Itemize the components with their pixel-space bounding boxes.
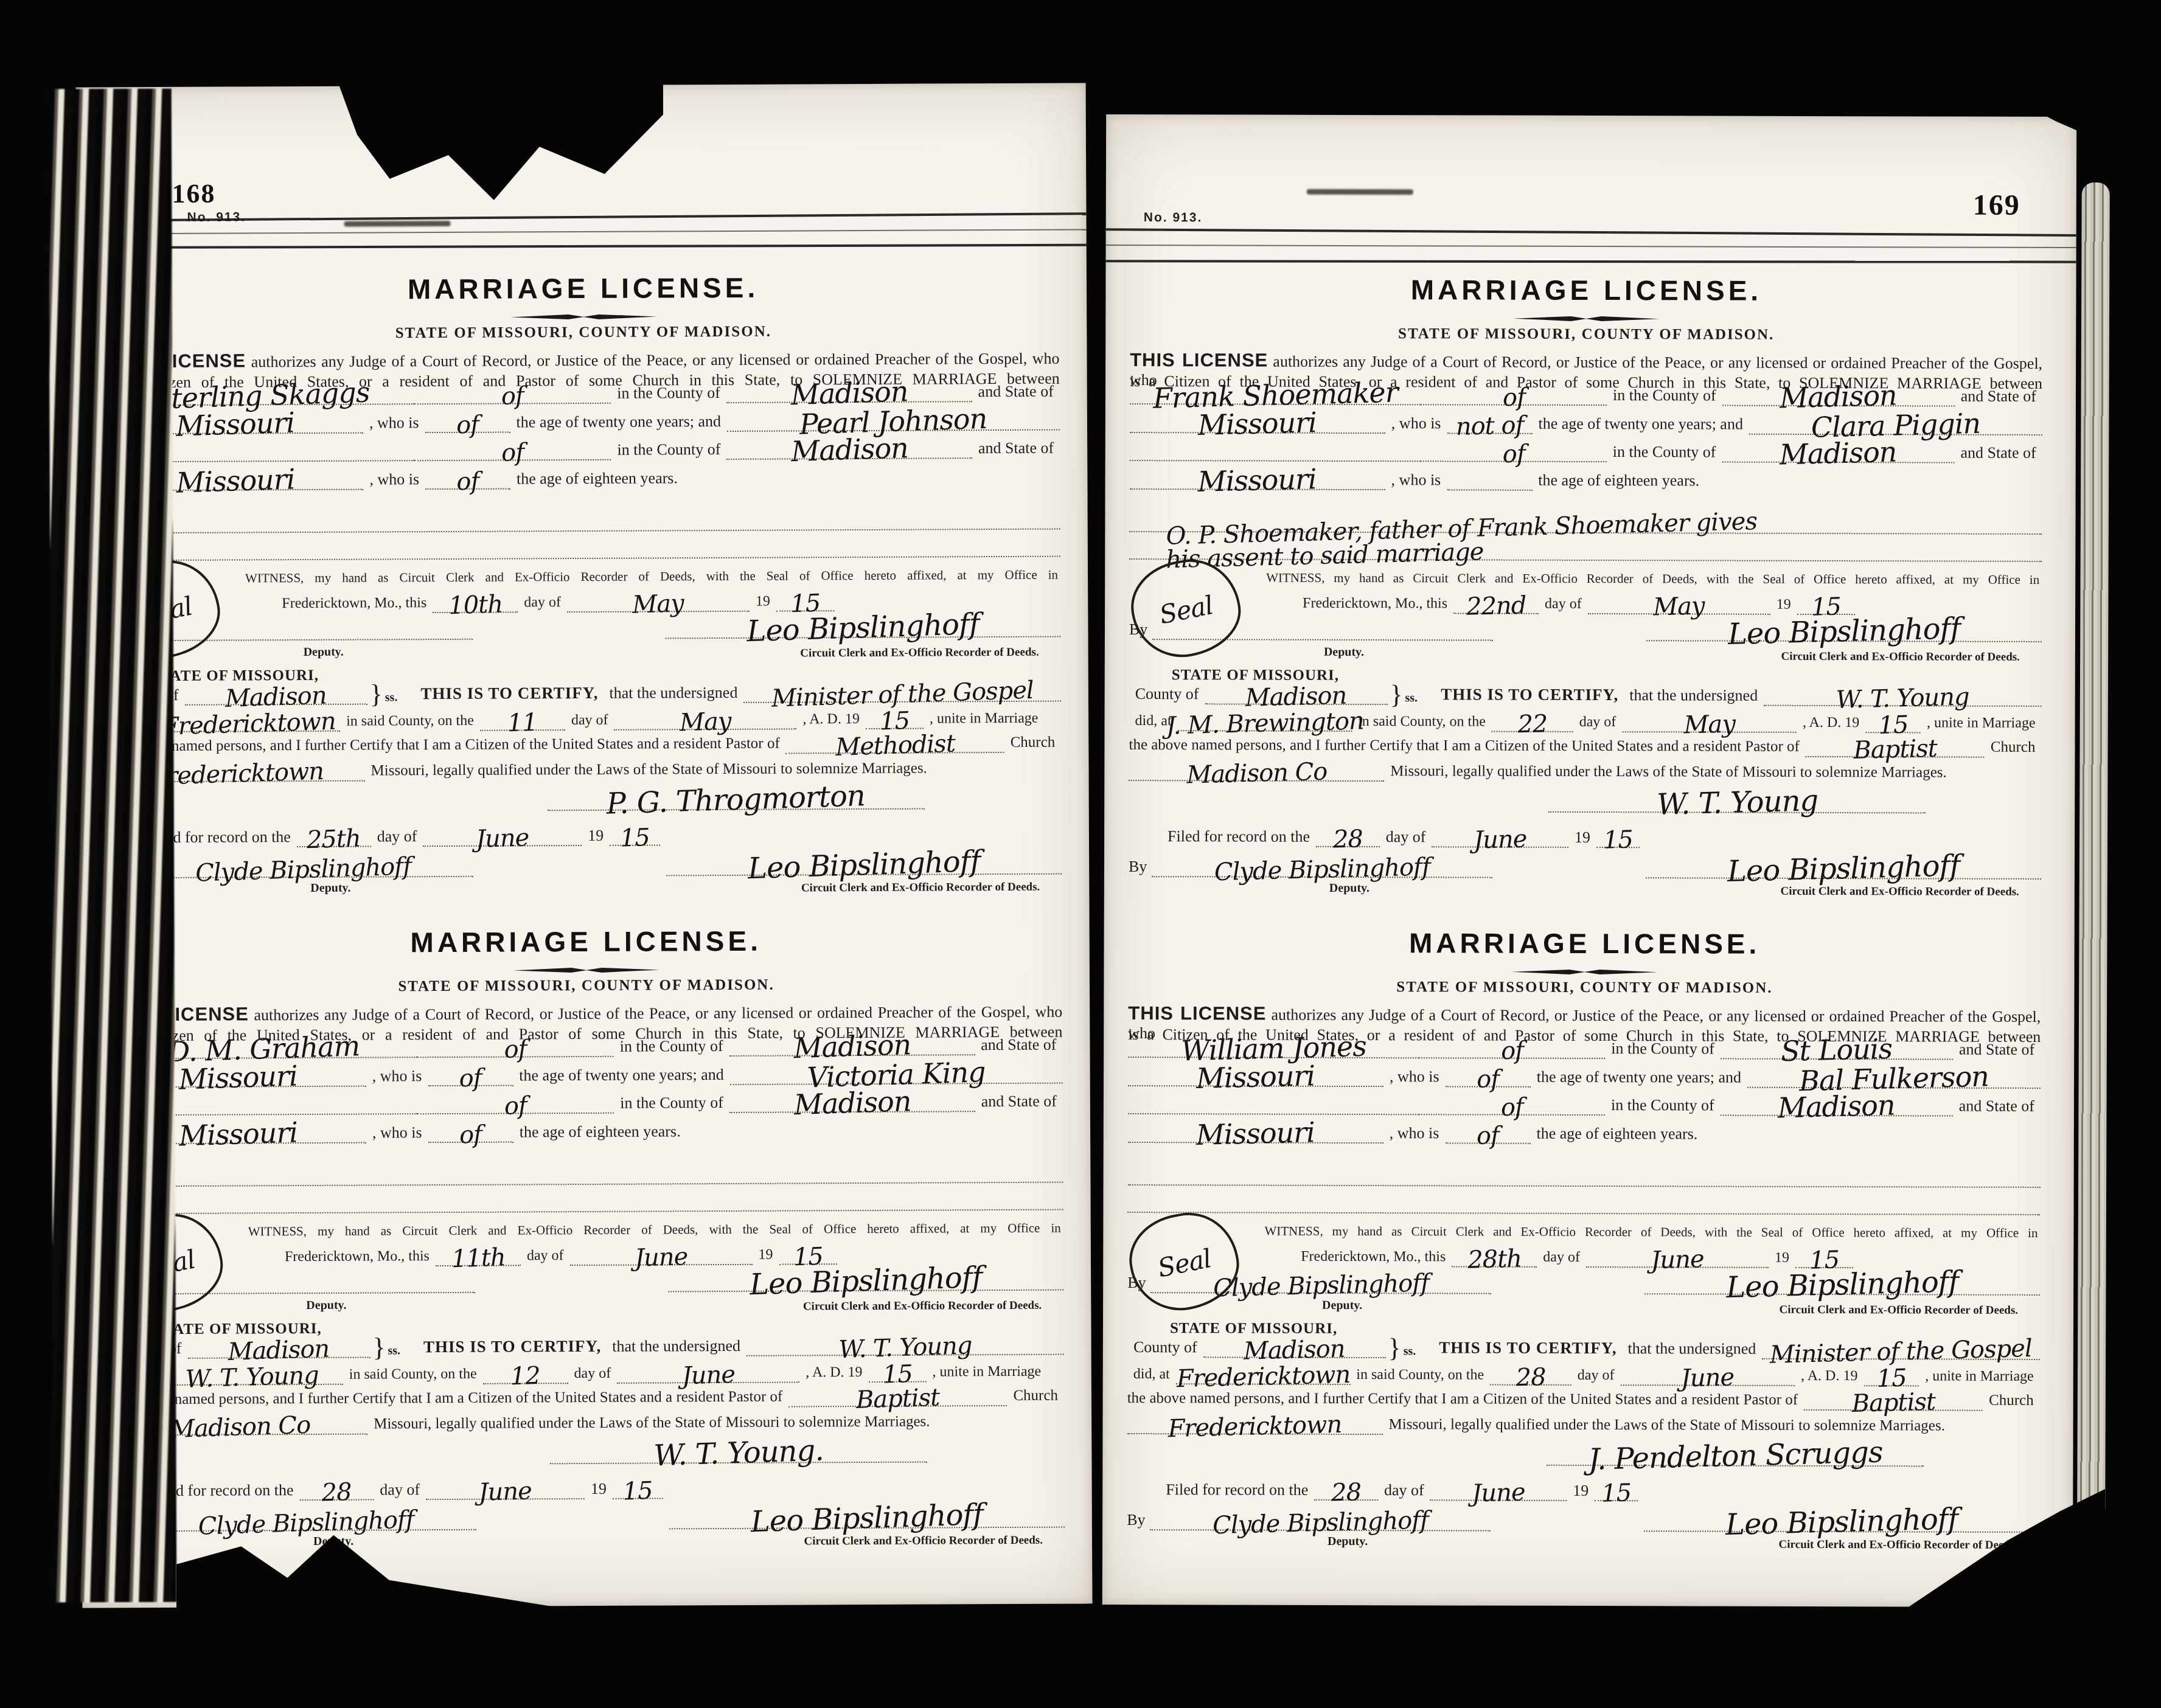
- page-number-left: 168: [172, 178, 215, 209]
- county-of-label: in the County of: [1607, 443, 1722, 462]
- certify-line-1: County of Madison } ss. THIS IS TO CERTI…: [109, 674, 1061, 706]
- in-said-county-label: in said County, on the: [343, 1366, 483, 1385]
- spacer: [476, 1292, 669, 1293]
- filed-day-field: 28: [1316, 829, 1380, 847]
- filed-deputy-field: Clyde Bipslinghoff: [133, 859, 473, 878]
- bride-name-field: Victoria King: [730, 1062, 1063, 1085]
- filed-by-line: By Clyde Bipslinghoff Leo Bipslinghoff: [113, 1500, 1065, 1532]
- persons-clause-label: the above named persons, and I further C…: [1129, 737, 1806, 757]
- certify-month-field: May: [1622, 714, 1797, 733]
- certify-line-3: the above named persons, and I further C…: [112, 1381, 1064, 1411]
- bride-line-2: Missouri , who is of the age of eighteen…: [1128, 1114, 2041, 1145]
- filed-day-handwriting: 28: [1331, 1482, 1362, 1503]
- groom-county-field: Madison: [1722, 384, 1955, 406]
- certify-line-3: the above named persons, and I further C…: [109, 727, 1061, 757]
- header-rule: [1106, 260, 2076, 263]
- day-of-label: day of: [565, 712, 614, 731]
- filed-year-field: 15: [1595, 1483, 1638, 1501]
- bride-of-field: of: [417, 1095, 614, 1114]
- age-21-label: the age of twenty one years; and: [513, 1066, 730, 1086]
- ss-label: ss.: [385, 690, 416, 704]
- bride-state-handwriting: Missouri: [179, 1120, 298, 1148]
- filed-deputy-field: Clyde Bipslinghoff: [136, 1512, 476, 1532]
- bride-of-field: of: [1419, 1097, 1605, 1116]
- groom-state-field: Missouri: [1128, 1065, 1383, 1087]
- license-heading: MARRIAGE LICENSE.: [107, 270, 1059, 307]
- witness-day-field: 11th: [436, 1248, 521, 1266]
- form-number: No. 913.: [1144, 210, 1203, 225]
- day-of-label: day of: [1539, 596, 1588, 614]
- certify-county-field: Madison: [1203, 1339, 1386, 1358]
- persons-clause-label: the above named persons, and I further C…: [112, 1389, 789, 1411]
- who-is-label: , who is: [1383, 1067, 1446, 1087]
- witness-year-field: 15: [779, 1246, 837, 1265]
- state-of-label: and State of: [975, 1092, 1063, 1113]
- age-18-label: the age of eighteen years.: [510, 469, 684, 489]
- officiant-field: W. T. Young: [1764, 688, 2042, 707]
- clerk-signature-handwriting: Leo Bipslinghoff: [746, 612, 980, 644]
- clerk-signature-field: Leo Bipslinghoff: [1644, 1272, 2040, 1295]
- filed-deputy-handwriting: Clyde Bipslinghoff: [195, 856, 412, 883]
- intro-line-1: THIS LICENSE authorizes any Judge of a C…: [107, 347, 1059, 373]
- age-18-label: the age of eighteen years.: [1530, 1125, 1703, 1145]
- filed-month-handwriting: June: [478, 1481, 532, 1503]
- year-prefix-label: 19: [582, 827, 610, 846]
- certify-bold-label: THIS IS TO CERTIFY,: [1434, 1338, 1621, 1359]
- seal-word-handwriting: Seal: [1158, 594, 1214, 626]
- certify-rest-label: that the undersigned: [606, 1337, 746, 1357]
- groom-of-field: of: [414, 386, 611, 404]
- day-of-label: day of: [518, 595, 567, 613]
- bride-county-field: Madison: [729, 1091, 975, 1113]
- groom-line-2: Missouri , who is not of the age of twen…: [1130, 404, 2042, 436]
- filed-deputy-handwriting: Clyde Bipslinghoff: [1213, 1510, 1428, 1536]
- filed-year-field: 15: [613, 1481, 663, 1499]
- witness-deputy-handwriting: Clyde Bipslinghoff: [1213, 1272, 1429, 1299]
- year-prefix-label: 19: [1567, 1482, 1595, 1501]
- bride-state-handwriting: Missouri: [176, 467, 295, 495]
- church-field: Baptist: [1804, 1392, 1983, 1411]
- witness-by-line: By Leo Bipslinghoff: [108, 609, 1060, 642]
- header-rule: [1106, 228, 2076, 237]
- clerk-seal-doodle: Seal: [1130, 1213, 1233, 1305]
- persons-clause-label: the above named persons, and I further C…: [1127, 1390, 1804, 1411]
- header-rule: [77, 244, 1087, 249]
- witness-clause: WITNESS, my hand as Circuit Clerk and Ex…: [1266, 571, 2039, 587]
- who-is-label: , who is: [366, 1067, 428, 1086]
- filed-clerk-signature-field: Leo Bipslinghoff: [666, 852, 1062, 877]
- filed-clerk-signature-field: Leo Bipslinghoff: [669, 1505, 1065, 1530]
- church-place-handwriting: Fredericktown: [150, 761, 324, 787]
- ad-label: , A. D. 19: [1795, 1368, 1863, 1386]
- certify-line-2: did, at J. M. Brewington in said County,…: [1129, 704, 2042, 734]
- header-rule: [77, 229, 1087, 234]
- license-heading: MARRIAGE LICENSE.: [1130, 273, 2042, 308]
- marriage-license-form: MARRIAGE LICENSE. STATE OF MISSOURI, COU…: [107, 270, 1062, 913]
- intro-text-1: authorizes any Judge of a Court of Recor…: [254, 1003, 1062, 1024]
- spacer: [473, 639, 666, 639]
- day-of-label: day of: [568, 1366, 617, 1384]
- spacer: [1491, 1532, 1644, 1532]
- certify-line-1: County of Madison } ss. THIS IS TO CERTI…: [1129, 676, 2042, 707]
- filed-day-handwriting: 28: [321, 1482, 352, 1504]
- groom-name-field: William Jones: [1128, 1036, 1419, 1058]
- bride-line: of in the County of Madison and State of: [1128, 1085, 2041, 1117]
- state-of-label: and State of: [1953, 1097, 2041, 1117]
- certify-year-field: 15: [866, 711, 924, 729]
- printer-imprint-smudge: [344, 221, 451, 227]
- filed-deputy-field: Clyde Bipslinghoff: [1152, 859, 1492, 878]
- bride-line: of in the County of Madison and State of: [111, 1083, 1063, 1116]
- officiant-signature-handwriting: J. Pendelton Scruggs: [1588, 1440, 1883, 1473]
- filed-month-handwriting: June: [476, 827, 529, 850]
- witness-clause: WITNESS, my hand as Circuit Clerk and Ex…: [245, 568, 1058, 586]
- page-number-right: 169: [1973, 189, 2020, 222]
- officiant-signature-field: W. T. Young: [1548, 774, 1926, 814]
- clerk-signature-field: Leo Bipslinghoff: [665, 615, 1060, 639]
- groom-county-field: Madison: [729, 1034, 975, 1057]
- filed-month-field: June: [1432, 829, 1568, 848]
- filed-clerk-signature-field: Leo Bipslinghoff: [1646, 856, 2041, 879]
- filed-line: Filed for record on the 28 day of June 1…: [151, 1472, 663, 1501]
- did-at-label: did, at: [1127, 1366, 1176, 1384]
- filed-month-handwriting: June: [1474, 829, 1527, 851]
- book-page-right: 169 No. 913. MARRIAGE LICENSE. STATE OF …: [1102, 114, 2076, 1607]
- church-label: Church: [1004, 734, 1062, 753]
- filed-by-line: By Clyde Bipslinghoff Leo Bipslinghoff: [1129, 849, 2041, 880]
- unite-label: , unite in Marriage: [1919, 1369, 2040, 1387]
- witness-day-field: 10th: [433, 594, 518, 613]
- filed-clerk-handwriting: Leo Bipslinghoff: [1725, 1507, 1958, 1537]
- witness-date-line: Fredericktown, Mo., this 28th day of Jun…: [1295, 1240, 2003, 1269]
- church-field: Baptist: [788, 1388, 1007, 1408]
- filed-deputy-handwriting: Clyde Bipslinghoff: [1214, 856, 1430, 883]
- by-label: By: [1129, 858, 1152, 877]
- county-of-label: in the County of: [611, 440, 726, 460]
- fredericktown-label: Fredericktown, Mo., this: [279, 1248, 436, 1267]
- bride-age-handwriting: of: [1477, 1125, 1500, 1147]
- year-prefix-label: 19: [585, 1480, 613, 1499]
- officiant-signature-handwriting: P. G. Throgmorton: [606, 783, 865, 817]
- certify-day-field: 12: [482, 1366, 568, 1384]
- certify-county-field: Madison: [185, 687, 367, 706]
- state-of-label: and State of: [975, 1036, 1062, 1056]
- certify-line-2: did, at Fredericktown in said County, on…: [1127, 1358, 2040, 1387]
- bride-state-field: Missouri: [1130, 468, 1385, 490]
- day-of-label: day of: [1380, 828, 1432, 847]
- day-of-label: day of: [1571, 1367, 1621, 1386]
- year-prefix-label: 19: [753, 1247, 779, 1265]
- brace-glyph: }: [1386, 1337, 1404, 1358]
- filed-label: Filed for record on the: [1167, 827, 1316, 847]
- clerk-title-label: Circuit Clerk and Ex-Officio Recorder of…: [1779, 1538, 2017, 1552]
- witness-by-line: By Clyde Bipslinghoff Leo Bipslinghoff: [1127, 1265, 2040, 1296]
- intro-text-1: authorizes any Judge of a Court of Recor…: [251, 350, 1060, 371]
- filed-year-handwriting: 15: [1603, 830, 1634, 851]
- license-heading: MARRIAGE LICENSE.: [110, 923, 1062, 960]
- unite-label: , unite in Marriage: [926, 1364, 1047, 1382]
- who-is-label: , who is: [363, 470, 425, 490]
- certify-year-field: 15: [868, 1364, 926, 1383]
- bride-state-handwriting: Missouri: [1198, 467, 1317, 494]
- filed-line: Filed for record on the 28 day of June 1…: [1167, 820, 1640, 848]
- certify-line-3: the above named persons, and I further C…: [1129, 730, 2041, 758]
- bride-line-2: Missouri , who is of the age of eighteen…: [111, 1111, 1063, 1145]
- county-of-label: in the County of: [614, 1037, 729, 1057]
- county-of-label: County of: [1127, 1338, 1203, 1358]
- groom-line: Frank Shoemaker of in the County of Madi…: [1130, 375, 2042, 407]
- book-page-left: 168 No. 913. MARRIAGE LICENSE. STATE OF …: [76, 83, 1093, 1608]
- state-of-label: and State of: [972, 439, 1060, 459]
- filed-year-field: 15: [1596, 830, 1640, 848]
- ss-label: ss.: [1404, 1344, 1435, 1358]
- age-18-label: the age of eighteen years.: [513, 1122, 687, 1142]
- witness-day-field: 22nd: [1453, 595, 1539, 614]
- groom-of-field: of: [1419, 1040, 1606, 1059]
- groom-line: Sterling Skaggs of in the County of Madi…: [108, 373, 1060, 406]
- certify-year-field: 15: [1865, 715, 1921, 733]
- filed-year-field: 15: [610, 827, 660, 845]
- brace-glyph: }: [1387, 684, 1405, 705]
- witness-clause: WITNESS, my hand as Circuit Clerk and Ex…: [248, 1221, 1061, 1239]
- license-slot-3: MARRIAGE LICENSE. STATE OF MISSOURI, COU…: [1129, 273, 2043, 914]
- filed-year-handwriting: 15: [620, 827, 650, 849]
- groom-line: D. M. Graham of in the County of Madison…: [110, 1026, 1062, 1060]
- spacer: [476, 1529, 669, 1530]
- clerk-signature-field: Leo Bipslinghoff: [1646, 619, 2042, 642]
- officiant-signature-handwriting: W. T. Young: [1656, 788, 1818, 817]
- filed-line: Filed for record on the 25th day of June…: [148, 819, 660, 848]
- clerk-signature-handwriting: Leo Bipslinghoff: [1727, 616, 1960, 647]
- groom-age-field: of: [428, 1068, 513, 1087]
- place-field: Fredericktown: [158, 713, 340, 732]
- seal-outline: Seal: [1124, 552, 1247, 665]
- marriage-license-form: MARRIAGE LICENSE. STATE OF MISSOURI, COU…: [110, 923, 1065, 1566]
- bride-line-2: Missouri , who is the age of eighteen ye…: [1130, 460, 2042, 492]
- filed-label: Filed for record on the: [1166, 1481, 1314, 1501]
- bride-of-field: of: [415, 442, 611, 461]
- officiant-signature-field: J. Pendelton Scruggs: [1547, 1427, 1924, 1467]
- bride-name-field: Clara Piggin: [1749, 414, 2042, 436]
- county-of-label: in the County of: [1605, 1040, 1721, 1059]
- certify-year-field: 15: [1863, 1368, 1919, 1386]
- filed-by-line: By Clyde Bipslinghoff Leo Bipslinghoff: [1127, 1502, 2039, 1533]
- scanned-record-book: { "book": { "left_page_number": "168", "…: [0, 0, 2161, 1708]
- groom-line-2: Missouri , who is of the age of twenty o…: [1128, 1057, 2041, 1089]
- state-of-label: and State of: [972, 383, 1059, 403]
- this-license-label: THIS LICENSE: [1128, 1002, 1266, 1024]
- certify-line-1: County of Madison } ss. THIS IS TO CERTI…: [111, 1327, 1063, 1359]
- groom-age-field: of: [1446, 1069, 1531, 1087]
- license-heading: MARRIAGE LICENSE.: [1129, 926, 2041, 961]
- filed-deputy-handwriting: Clyde Bipslinghoff: [198, 1509, 414, 1536]
- witness-by-line: By Leo Bipslinghoff: [1129, 612, 2042, 642]
- bride-name-field: Pearl Johnson: [727, 409, 1060, 431]
- ss-label: ss.: [388, 1344, 419, 1358]
- blank-rule-line: [111, 1182, 1063, 1187]
- blank-rule-line: his assent to said marriage: [1129, 558, 2042, 562]
- witness-year-field: 15: [776, 593, 834, 611]
- church-label: Church: [1007, 1387, 1064, 1406]
- brace-glyph: }: [370, 1336, 388, 1358]
- page-content: MARRIAGE LICENSE. STATE OF MISSOURI, COU…: [107, 270, 1059, 274]
- church-place-field: Fredericktown: [1127, 1416, 1383, 1435]
- clerk-signature-field: Leo Bipslinghoff: [668, 1268, 1063, 1293]
- spacer: [1492, 878, 1646, 879]
- certify-day-field: 22: [1492, 714, 1573, 732]
- stacked-page-edges: [49, 89, 177, 1603]
- place-field: W. T. Young: [161, 1367, 343, 1386]
- witness-by-line: By Leo Bipslinghoff: [111, 1263, 1063, 1295]
- bride-age-field: of: [425, 471, 510, 490]
- bride-age-field: [1447, 489, 1532, 490]
- place-field: J. M. Brewington: [1178, 713, 1352, 732]
- clerk-seal-doodle: Seal: [1132, 560, 1235, 651]
- filed-clerk-handwriting: Leo Bipslinghoff: [1727, 853, 1960, 884]
- who-is-label: , who is: [1383, 1124, 1446, 1144]
- bride-county-field: Madison: [726, 437, 972, 460]
- ad-label: , A. D. 19: [796, 711, 865, 729]
- fredericktown-label: Fredericktown, Mo., this: [276, 595, 433, 614]
- certify-month-field: June: [617, 1364, 799, 1383]
- filed-month-handwriting: June: [1472, 1482, 1525, 1504]
- witness-clause: WITNESS, my hand as Circuit Clerk and Ex…: [1264, 1224, 2037, 1240]
- groom-age-field: not of: [1447, 415, 1532, 434]
- certify-line-3: the above named persons, and I further C…: [1127, 1383, 2040, 1411]
- unite-label: , unite in Marriage: [924, 710, 1045, 729]
- clerk-title-label: Circuit Clerk and Ex-Officio Recorder of…: [801, 881, 1040, 895]
- officiant-field: Minister of the Gospel: [743, 684, 1061, 703]
- filed-line: Filed for record on the 28 day of June 1…: [1166, 1473, 1638, 1501]
- license-subheading: STATE OF MISSOURI, COUNTY OF MADISON.: [110, 976, 1062, 997]
- witness-month-field: June: [570, 1247, 753, 1266]
- bride-of-field: of: [1421, 443, 1607, 462]
- groom-line: William Jones of in the County of St Lou…: [1128, 1029, 2041, 1060]
- age-18-label: the age of eighteen years.: [1532, 471, 1705, 491]
- bride-name-field: Bal Fulkerson: [1747, 1067, 2041, 1089]
- form-number: No. 913.: [187, 210, 246, 224]
- blank-rule-line: [1127, 1212, 2040, 1215]
- year-prefix-label: 19: [1770, 597, 1797, 615]
- county-of-label: in the County of: [611, 384, 726, 404]
- filed-clerk-handwriting: Leo Bipslinghoff: [748, 849, 981, 881]
- witness-month-field: May: [567, 594, 750, 613]
- officiant-field: Minister of the Gospel: [1762, 1341, 2040, 1360]
- in-said-county-label: in said County, on the: [340, 713, 480, 732]
- filed-clerk-signature-field: Leo Bipslinghoff: [1644, 1509, 2039, 1532]
- filed-year-handwriting: 15: [1601, 1483, 1632, 1504]
- intro-line-1: THIS LICENSE authorizes any Judge of a C…: [110, 1000, 1062, 1026]
- clerk-title-label: Circuit Clerk and Ex-Officio Recorder of…: [1780, 885, 2019, 899]
- blank-rule-line: [1128, 1184, 2041, 1188]
- state-of-label: and State of: [1953, 1041, 2041, 1060]
- groom-age-field: of: [425, 415, 510, 434]
- church-place-field: Madison Co: [1129, 763, 1384, 782]
- witness-month-field: May: [1588, 596, 1770, 615]
- filed-month-field: June: [423, 828, 582, 847]
- church-label: Church: [1985, 739, 2042, 758]
- fredericktown-label: Fredericktown, Mo., this: [1296, 595, 1453, 614]
- state-of-label: and State of: [1955, 387, 2042, 407]
- certify-line-1: County of Madison } ss. THIS IS TO CERTI…: [1127, 1330, 2040, 1360]
- unite-label: , unite in Marriage: [1921, 715, 2042, 734]
- church-field: Baptist: [1806, 739, 1985, 758]
- seal-word-handwriting: Seal: [1156, 1248, 1213, 1279]
- witness-date-line: Fredericktown, Mo., this 22nd day of May…: [1296, 587, 2005, 616]
- filed-by-line: By Clyde Bipslinghoff Leo Bipslinghoff: [110, 847, 1062, 879]
- who-is-label: , who is: [1385, 414, 1447, 434]
- certify-day-field: 28: [1490, 1367, 1571, 1386]
- license-slot-1: MARRIAGE LICENSE. STATE OF MISSOURI, COU…: [107, 270, 1062, 913]
- officiant-signature-field: P. G. Throgmorton: [547, 771, 924, 811]
- certify-month-field: May: [614, 711, 796, 730]
- ad-label: , A. D. 19: [799, 1364, 868, 1383]
- age-21-label: the age of twenty one years; and: [1532, 415, 1749, 435]
- filed-month-field: June: [1430, 1482, 1567, 1501]
- officiant-signature-handwriting: W. T. Young.: [653, 1439, 824, 1469]
- county-of-label: in the County of: [1605, 1096, 1721, 1116]
- ss-label: ss.: [1405, 691, 1436, 705]
- seal-outline: Seal: [1122, 1205, 1245, 1318]
- filed-day-handwriting: 28: [1333, 828, 1363, 850]
- page-content: MARRIAGE LICENSE. STATE OF MISSOURI, COU…: [1130, 273, 2043, 275]
- filed-day-handwriting: 25th: [307, 828, 361, 850]
- certify-bold-label: THIS IS TO CERTIFY,: [416, 684, 603, 704]
- groom-state-field: Missouri: [1130, 412, 1385, 434]
- header-rule: [1106, 245, 2076, 248]
- county-of-label: in the County of: [1607, 386, 1722, 406]
- witness-day-field: 28th: [1452, 1249, 1537, 1267]
- blank-rule-line: [108, 556, 1060, 561]
- clerk-title-label: Circuit Clerk and Ex-Officio Recorder of…: [800, 646, 1039, 661]
- county-of-label: County of: [1129, 685, 1205, 704]
- witness-year-field: 15: [1795, 1250, 1853, 1268]
- certify-rest-label: that the undersigned: [1623, 686, 1764, 706]
- groom-county-field: Madison: [726, 381, 972, 403]
- license-slot-4: MARRIAGE LICENSE. STATE OF MISSOURI, COU…: [1127, 926, 2041, 1567]
- clerk-title-label: Circuit Clerk and Ex-Officio Recorder of…: [804, 1534, 1043, 1549]
- this-license-label: THIS LICENSE: [1130, 349, 1268, 371]
- marriage-license-form: MARRIAGE LICENSE. STATE OF MISSOURI, COU…: [1129, 273, 2043, 914]
- clerk-title-label: Circuit Clerk and Ex-Officio Recorder of…: [1780, 1304, 2018, 1317]
- bride-age-field: of: [428, 1125, 513, 1144]
- license-subheading: STATE OF MISSOURI, COUNTY OF MADISON.: [1128, 978, 2041, 998]
- year-prefix-label: 19: [1769, 1250, 1795, 1268]
- certify-month-field: June: [1620, 1367, 1795, 1386]
- brace-glyph: }: [367, 683, 385, 704]
- county-of-label: in the County of: [614, 1094, 729, 1114]
- bride-state-handwriting: Missouri: [1196, 1120, 1315, 1147]
- clerk-signature-handwriting: Leo Bipslinghoff: [750, 1265, 983, 1297]
- fredericktown-label: Fredericktown, Mo., this: [1295, 1249, 1452, 1267]
- day-of-label: day of: [371, 827, 423, 847]
- filed-year-handwriting: 15: [622, 1481, 653, 1502]
- certify-day-field: 11: [480, 712, 565, 731]
- certify-county-field: Madison: [1205, 686, 1387, 705]
- certify-rest-label: that the undersigned: [1621, 1339, 1762, 1359]
- day-of-label: day of: [521, 1248, 570, 1266]
- officiant-signature-field: W. T. Young.: [550, 1424, 927, 1465]
- bride-line: of in the County of Madison and State of: [108, 429, 1060, 463]
- filed-clerk-handwriting: Leo Bipslinghoff: [750, 1502, 983, 1535]
- bride-county-field: Madison: [1721, 1094, 1953, 1116]
- groom-county-field: St Louis: [1721, 1038, 1953, 1060]
- church-place-handwriting: Madison Co: [1186, 762, 1327, 786]
- license-subheading: STATE OF MISSOURI, COUNTY OF MADISON.: [107, 322, 1059, 344]
- filed-day-field: 28: [300, 1482, 374, 1501]
- ad-label: , A. D. 19: [1797, 715, 1865, 733]
- persons-clause-label: the above named persons, and I further C…: [109, 735, 786, 757]
